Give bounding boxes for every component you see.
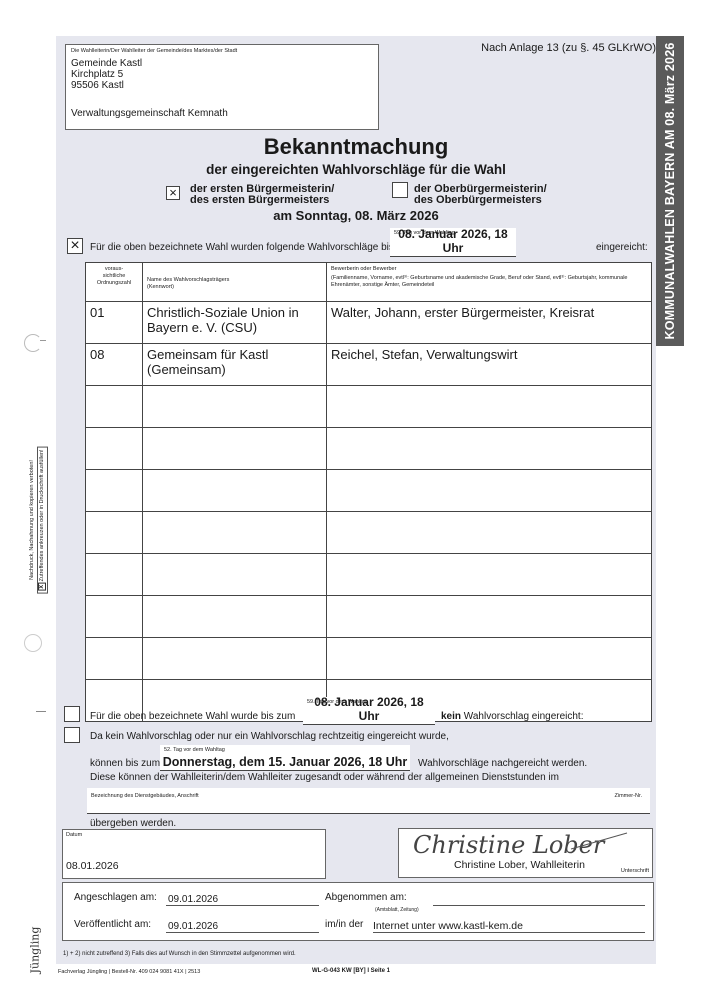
margin-note-copyright: Nachdruck, Nachahmung und kopieren verbo… [28, 446, 37, 593]
table-row [86, 470, 652, 512]
submitted-deadline-field[interactable]: 59. Tag vor dem Wahltag 08. Januar 2026,… [390, 228, 516, 257]
cell-nr[interactable] [86, 386, 143, 428]
checkbox-x-icon: × [169, 185, 177, 200]
cell-party[interactable]: Christlich-Soziale Union in Bayern e. V.… [143, 302, 327, 344]
published-date-field[interactable]: 09.01.2026 [166, 916, 319, 933]
address-line-2: Kirchplatz 5 [71, 69, 123, 80]
header-wahlvorschlagstraeger: Name des Wahlvorschlagsträgers (Kennwort… [143, 263, 327, 302]
option-oberbuergermeister-label: der Oberbürgermeisterin/ des Oberbürgerm… [414, 184, 547, 206]
margin-note-instructions: Zutreffendes ankreuzen oder in Druckschr… [39, 449, 45, 581]
cell-candidate[interactable] [327, 470, 652, 512]
cell-nr[interactable] [86, 512, 143, 554]
cell-candidate[interactable] [327, 638, 652, 680]
date-box[interactable]: Datum 08.01.2026 [62, 829, 326, 879]
late-line-4: übergeben werden. [90, 818, 176, 829]
address-line-5: Verwaltungsgemeinschaft Kemnath [71, 108, 228, 119]
submitted-text: Für die oben bezeichnete Wahl wurden fol… [90, 242, 416, 253]
cell-nr[interactable] [86, 428, 143, 470]
cell-party[interactable] [143, 512, 327, 554]
cell-party[interactable] [143, 428, 327, 470]
table-row [86, 386, 652, 428]
margin-notes: Nachdruck, Nachahmung und kopieren verbo… [28, 430, 48, 610]
address-label: Die Wahlleiterin/Der Wahlleiter der Geme… [71, 48, 237, 54]
cell-candidate[interactable] [327, 596, 652, 638]
cell-candidate[interactable]: Walter, Johann, erster Bürgermeister, Kr… [327, 302, 652, 344]
late-submission-checkbox[interactable] [64, 727, 80, 743]
table-row [86, 638, 652, 680]
none-submitted-text: Für die oben bezeichnete Wahl wurde bis … [90, 711, 295, 722]
late-line-1: Da kein Wahlvorschlag oder nur ein Wahlv… [90, 731, 449, 742]
table-row [86, 596, 652, 638]
table-row: 08Gemeinsam für Kastl (Gemeinsam)Reichel… [86, 344, 652, 386]
table-row: 01Christlich-Soziale Union in Bayern e. … [86, 302, 652, 344]
cell-party[interactable] [143, 386, 327, 428]
none-deadline-field[interactable]: 59. Tag vor dem Wahltag 08. Januar 2026,… [303, 697, 435, 725]
submitted-text-after: eingereicht: [596, 242, 648, 253]
cell-candidate[interactable] [327, 512, 652, 554]
side-banner: KOMMUNALWAHLEN BAYERN AM 08. März 2026 [656, 36, 684, 346]
signer-name: Christine Lober, Wahlleiterin [454, 859, 585, 871]
address-line-1: Gemeinde Kastl [71, 58, 142, 69]
punch-hole-top [24, 334, 42, 352]
margin-checkbox-x-icon: X [38, 583, 46, 591]
page-subtitle: der eingereichten Wahlvorschläge für die… [56, 162, 656, 177]
signature-stroke-icon [569, 831, 629, 851]
cell-candidate[interactable] [327, 428, 652, 470]
page-title: Bekanntmachung [56, 134, 656, 160]
submitted-checkbox[interactable]: × [67, 238, 83, 254]
header-bewerber: Bewerberin oder Bewerber (Familienname, … [327, 263, 652, 302]
submitted-deadline: 08. Januar 2026, 18 Uhr [390, 227, 516, 255]
cell-candidate[interactable] [327, 554, 652, 596]
election-date: am Sonntag, 08. März 2026 [56, 208, 656, 223]
cell-nr[interactable]: 01 [86, 302, 143, 344]
form-id: WL-G-043 KW [BY] I Seite 1 [312, 968, 390, 974]
cell-candidate[interactable] [327, 386, 652, 428]
date-value: 08.01.2026 [66, 860, 119, 872]
cell-party[interactable] [143, 638, 327, 680]
checkbox-x-icon: × [70, 237, 79, 254]
none-submitted-text-after: kein Wahlvorschlag eingereicht: [441, 711, 583, 722]
late-text-before: können bis zum [90, 758, 160, 769]
cell-party[interactable] [143, 554, 327, 596]
address-block: Die Wahlleiterin/Der Wahlleiter der Geme… [65, 44, 379, 130]
address-line-3: 95506 Kastl [71, 80, 124, 91]
table-row [86, 512, 652, 554]
cell-party[interactable] [143, 596, 327, 638]
building-field[interactable]: Bezeichnung des Dienstgebäudes, Anschrif… [87, 788, 650, 814]
cell-party[interactable] [143, 470, 327, 512]
fold-mark [36, 711, 46, 712]
cell-nr[interactable] [86, 554, 143, 596]
none-submitted-checkbox[interactable] [64, 706, 80, 722]
late-deadline: Donnerstag, dem 15. Januar 2026, 18 Uhr [160, 755, 410, 769]
table-row [86, 554, 652, 596]
none-deadline: 08. Januar 2026, 18 Uhr [303, 695, 435, 723]
punch-mark [40, 340, 46, 341]
posted-date-field[interactable]: 09.01.2026 [166, 889, 319, 906]
late-text-after: Wahlvorschläge nachgereicht werden. [418, 758, 587, 769]
cell-nr[interactable] [86, 596, 143, 638]
side-banner-text: KOMMUNALWAHLEN BAYERN AM 08. März 2026 [663, 42, 677, 339]
cell-candidate[interactable]: Reichel, Stefan, Verwaltungswirt [327, 344, 652, 386]
footnote: 1) + 2) nicht zutreffend 3) Falls dies a… [63, 951, 296, 957]
cell-nr[interactable]: 08 [86, 344, 143, 386]
cell-nr[interactable] [86, 470, 143, 512]
publisher-info: Fachverlag Jüngling | Bestell-Nr. 409 02… [58, 969, 200, 975]
table-row [86, 428, 652, 470]
signature-box[interactable]: Christine Lober Christine Lober, Wahllei… [398, 828, 653, 878]
punch-hole-bottom [24, 634, 42, 652]
late-line-3: Diese können der Wahlleiterin/dem Wahlle… [90, 772, 559, 783]
late-deadline-field[interactable]: 52. Tag vor dem Wahltag Donnerstag, dem … [160, 745, 410, 771]
option-oberbuergermeister-checkbox[interactable] [392, 182, 408, 198]
posting-box: Angeschlagen am: 09.01.2026 Abgenommen a… [62, 882, 654, 941]
removed-date-field[interactable] [433, 889, 645, 906]
publication-medium-field[interactable]: Internet unter www.kastl-kem.de [373, 916, 645, 933]
option-buergermeister-label: der ersten Bürgermeisterin/ des ersten B… [190, 184, 334, 206]
form-reference: Nach Anlage 13 (zu §. 45 GLKrWO) [481, 42, 656, 54]
option-buergermeister-checkbox[interactable]: × [166, 186, 180, 200]
cell-nr[interactable] [86, 638, 143, 680]
publisher-logo: Jüngling [25, 925, 45, 975]
cell-party[interactable]: Gemeinsam für Kastl (Gemeinsam) [143, 344, 327, 386]
header-ordnungszahl: voraus- sichtliche Ordnungszahl [86, 263, 143, 302]
candidates-table: voraus- sichtliche Ordnungszahl Name des… [85, 262, 652, 722]
